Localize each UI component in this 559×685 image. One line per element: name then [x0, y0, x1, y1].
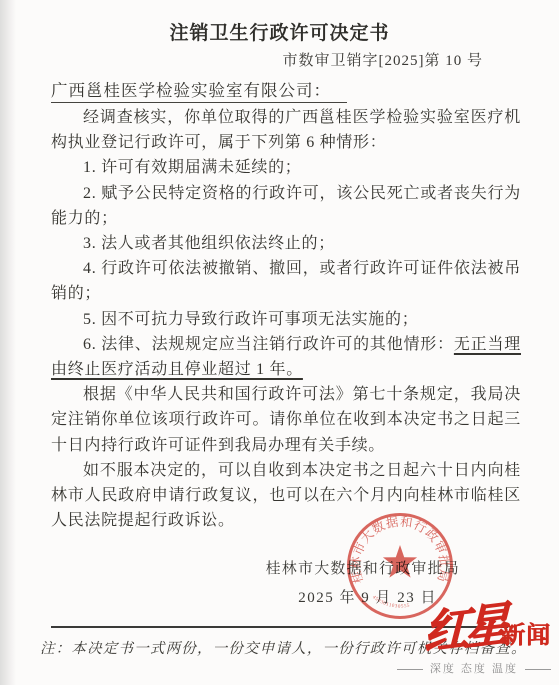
- tagline-left-rule: [397, 669, 423, 670]
- list-item-1: 1. 许可有效期届满未延续的；: [51, 155, 521, 180]
- logo-calligraphy-text: 红星: [423, 601, 503, 657]
- redstar-news-logo: 红星 新闻 深度 态度 温度: [391, 598, 551, 675]
- addressee-name: 广西邕桂医学检验实验室有限公司：: [51, 81, 347, 103]
- star-icon: [383, 545, 417, 578]
- paragraph-legal-basis: 根据《中华人民共和国行政许可法》第七十条规定，我局决定注销你单位该项行政许可。请…: [51, 382, 521, 458]
- addressee-line: 广西邕桂医学检验实验室有限公司：: [51, 77, 347, 101]
- tagline-right-rule: [525, 669, 551, 670]
- document-page: 注销卫生行政许可决定书 市数审卫销字[2025]第 10 号 广西邕桂医学检验实…: [0, 0, 559, 685]
- page-title: 注销卫生行政许可决定书: [0, 18, 559, 45]
- logo-block-text: 新闻: [501, 624, 551, 648]
- tagline-text: 深度 态度 温度: [430, 664, 518, 675]
- paragraph-intro: 经调查核实，你单位取得的广西邕桂医学检验实验室医疗机构执业登记行政许可，属于下列…: [51, 105, 521, 155]
- list-item-3: 3. 法人或者其他组织依法终止的；: [51, 231, 521, 256]
- list-item-4: 4. 行政许可依法被撤销、撤回，或者行政许可证件依法被吊销的；: [51, 256, 521, 306]
- list-item-2: 2. 赋予公民特定资格的行政许可，该公民死亡或者丧失行为能力的；: [51, 181, 521, 231]
- list-item-5: 5. 因不可抗力导致行政许可事项无法实施的；: [51, 307, 521, 332]
- list-item-6-prefix: 6. 法律、法规规定应当注销行政许可的其他情形：: [83, 336, 454, 353]
- list-item-6: 6. 法律、法规规定应当注销行政许可的其他情形：无正当理由终止医疗活动且停业超过…: [51, 332, 521, 382]
- document-body: 经调查核实，你单位取得的广西邕桂医学检验实验室医疗机构执业登记行政许可，属于下列…: [51, 105, 521, 533]
- doc-number: 市数审卫销字[2025]第 10 号: [283, 49, 484, 70]
- logo-tagline: 深度 态度 温度: [391, 664, 551, 675]
- logo-brand-row: 红星 新闻: [391, 598, 551, 660]
